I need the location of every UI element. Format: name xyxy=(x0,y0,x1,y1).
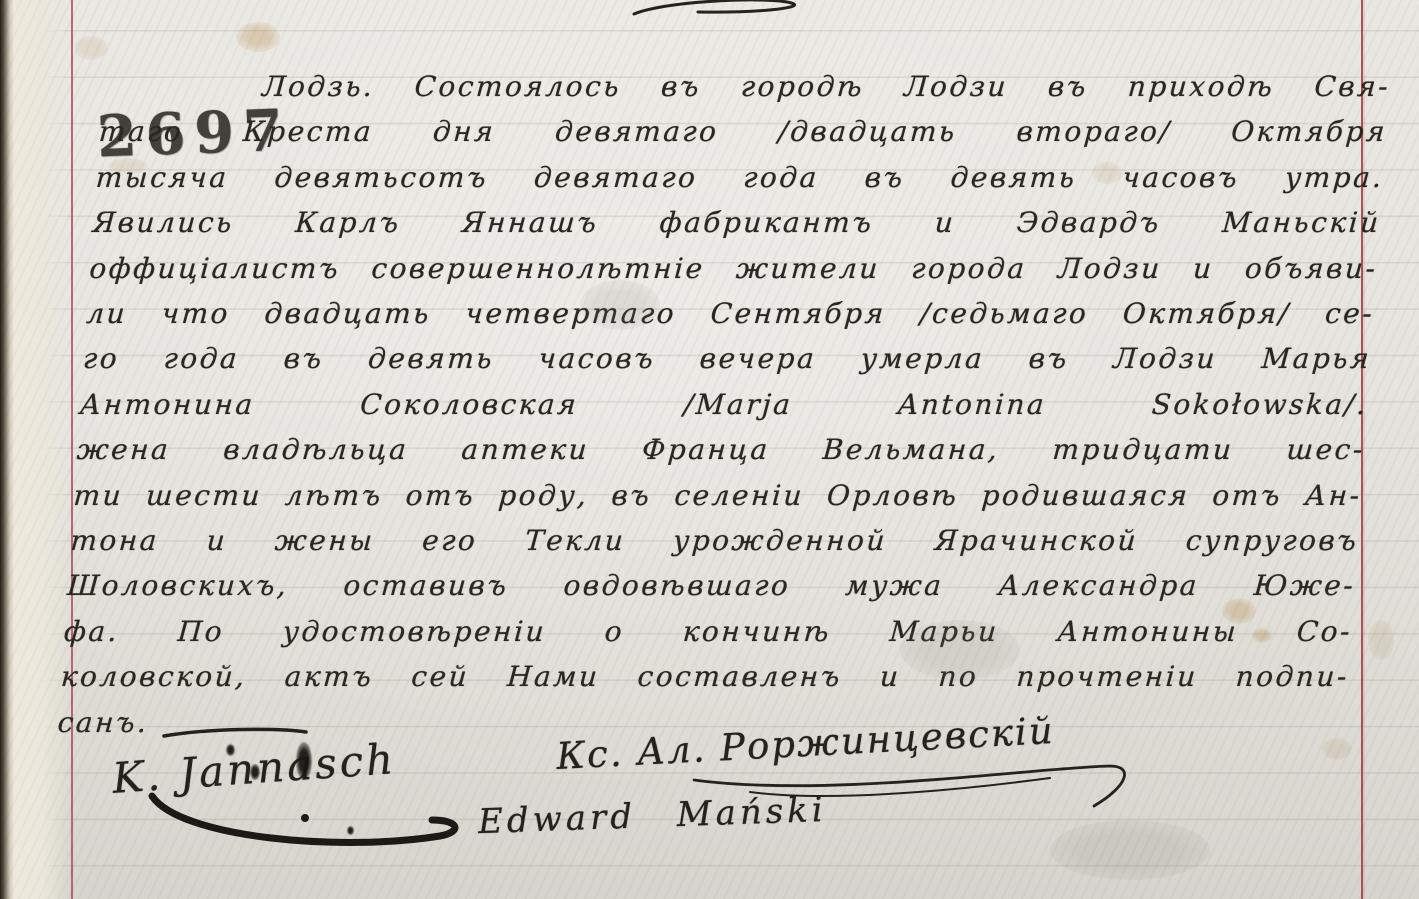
ink-blot xyxy=(250,764,260,780)
stain xyxy=(1050,820,1210,880)
left-margin-line xyxy=(71,0,73,899)
record-line: Явились Карлъ Яннашъ фабрикантъ и Эдвард… xyxy=(91,200,1382,245)
record-line: ли что двадцать четвертаго Сентября /сед… xyxy=(85,291,1376,336)
signature-declarant-2: Edward Mański xyxy=(477,790,827,842)
record-line: Лодзь. Состоялось въ городѣ Лодзи въ при… xyxy=(101,64,1392,109)
record-line: тона и жены его Текли урожденной Ярачинс… xyxy=(69,518,1360,563)
record-line: го года въ девять часовъ вечера умерла в… xyxy=(82,336,1373,381)
record-line: оффиціалистъ совершеннолѣтніе жители гор… xyxy=(88,246,1379,291)
record-line: Антонина Соколовская /Marja Antonina Sok… xyxy=(78,382,1369,427)
stain xyxy=(1368,620,1394,660)
record-line: тысяча девятьсотъ девятаго года въ девят… xyxy=(94,155,1385,200)
register-page: 2697 Лодзь. Состоялось въ городѣ Лодзи в… xyxy=(0,0,1419,899)
record-line: фа. По удостовѣреніи о кончинѣ Марьи Ант… xyxy=(63,609,1354,654)
previous-record-flourish xyxy=(628,0,808,20)
ink-blot xyxy=(296,742,312,780)
record-line: жена владѣльца аптеки Франца Вельмана, т… xyxy=(75,427,1366,472)
record-line: коловской, актъ сей Нами составленъ и по… xyxy=(59,654,1350,699)
stain xyxy=(236,22,280,52)
ink-blot xyxy=(347,826,354,835)
record-line: ти шести лѣтъ отъ роду, въ селеніи Орлов… xyxy=(72,473,1363,518)
ink-blot xyxy=(226,744,235,756)
stain xyxy=(74,36,108,60)
record-body: Лодзь. Состоялось въ городѣ Лодзи въ при… xyxy=(56,64,1392,745)
signature-underline-flourish xyxy=(140,790,470,856)
binding-edge xyxy=(0,0,14,899)
record-line: таго Креста дня девятаго /двадцать втора… xyxy=(97,109,1388,154)
record-line: Шоловскихъ, оставивъ овдовѣвшаго мужа Ал… xyxy=(66,563,1357,608)
